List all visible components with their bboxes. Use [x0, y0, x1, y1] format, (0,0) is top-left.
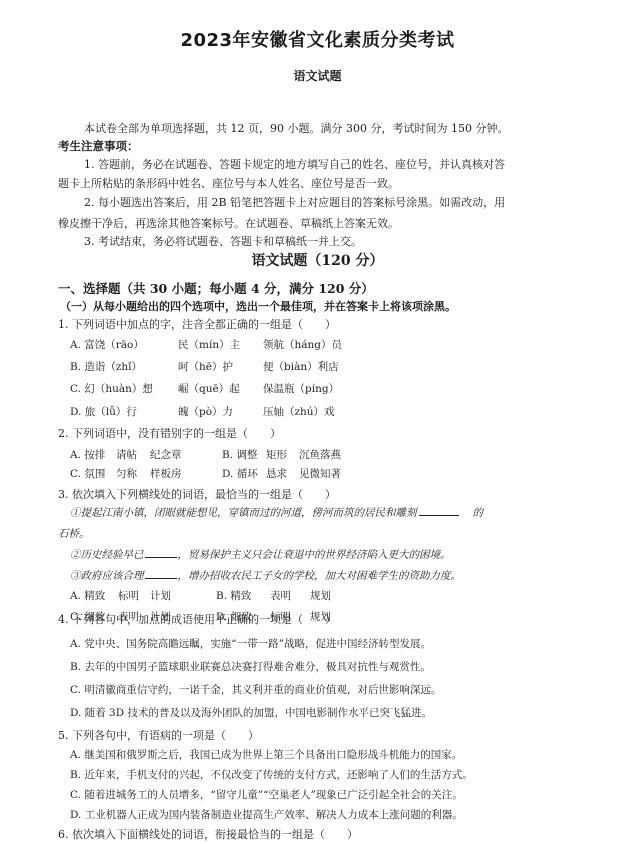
option-cell: 恳求 — [266, 466, 299, 481]
option-cell: 便（biàn）利店 — [263, 359, 339, 374]
option-cell: D. 循环 — [222, 466, 266, 481]
notice-3-line-1: 3. 考试结束，务必将试题卷、答题卡和草稿纸一并上交。 — [84, 235, 362, 249]
sentence-text: ，贸易保护主义只会让衰退中的世界经济陷入更大的困境。 — [178, 549, 451, 561]
option-cell: C. 幻（huàn）想 — [70, 381, 178, 396]
question-2-options-row-2: C. 氛围匀称样板房D. 循环恳求见微知著 — [70, 466, 341, 481]
question-1-option-b: B. 造诣（zhǐ）呵（hē）护便（biàn）利店 — [70, 359, 339, 374]
question-4-option-b: B. 去年的中国男子篮球职业联赛总决赛打得难舍难分，极具对抗性与观赏性。 — [70, 659, 431, 674]
fill-blank — [145, 568, 177, 579]
fill-blank — [419, 505, 459, 516]
section-title: 语文试题（120 分） — [0, 250, 635, 270]
question-3-sentence-1: ①提起江南小镇，闭眼就能想见，穿镇而过的河道，傍河而筑的居民和雕刻的 — [70, 505, 483, 520]
question-4-stem: 4. 下列各句中，加点的成语使用不正确的一项是（ ） — [58, 611, 336, 627]
question-3-options-row-1: A. 精致标明计划B. 精致表明规划 — [70, 588, 331, 603]
exam-subtitle: 语文试题 — [0, 67, 635, 84]
question-6-stem: 6. 依次填入下面横线处的词语，衔接最恰当的一组是（ ） — [58, 826, 358, 842]
notice-heading: 考生注意事项： — [58, 138, 139, 154]
question-1-option-c: C. 幻（huàn）想崛（quē）起保温瓶（píng） — [70, 381, 339, 396]
option-cell: 计划 — [150, 588, 216, 603]
question-3-sentence-1-cont: 石桥。 — [58, 526, 90, 541]
option-cell: A. 按排 — [70, 447, 116, 462]
question-1-stem: 1. 下列词语中加点的字，注音全都正确的一组是（ ） — [58, 316, 336, 332]
notice-1-line-1: 1. 答题前，务必在试题卷、答题卡规定的地方填写自己的姓名、座位号，并认真核对答 — [84, 158, 505, 172]
option-cell: 矩形 — [266, 447, 299, 462]
sub-part-instruction: （一）从每小题给出的四个选项中，选出一个最佳项，并在答案卡上将该项涂黑。 — [60, 298, 456, 314]
option-cell: 匀称 — [116, 466, 150, 481]
question-5-option-d: D. 工业机器人正成为国内装备制造业提高生产效率、解决人力成本上涨问题的利器。 — [70, 807, 463, 822]
option-cell: B. 精致 — [216, 588, 270, 603]
exam-title: 2023年安徽省文化素质分类考试 — [0, 26, 635, 52]
option-cell: 表明 — [270, 588, 310, 603]
part-title: 一、选择题（共 30 小题；每小题 4 分，满分 120 分） — [58, 279, 374, 297]
option-cell: 民（mín）主 — [178, 337, 263, 352]
sentence-text: ，增办招收农民工子女的学校，加大对困难学生的资助力度。 — [178, 570, 462, 582]
question-2-stem: 2. 下列词语中，没有错别字的一组是（ ） — [58, 425, 281, 441]
option-cell: 呵（hē）护 — [178, 359, 263, 374]
exam-page: 2023年安徽省文化素质分类考试 语文试题 本试卷全部为单项选择题，共 12 页… — [0, 0, 635, 844]
notice-2-line-1: 2. 每小题选出答案后，用 2B 铅笔把答题卡上对应题目的答案标号涂黑。如需改动… — [84, 196, 505, 210]
option-cell: 规划 — [310, 588, 331, 603]
option-cell: 请帖 — [116, 447, 150, 462]
question-3-stem: 3. 依次填入下列横线处的词语，最恰当的一组是（ ） — [58, 486, 336, 502]
option-cell: A. 富饶（rāo） — [70, 337, 178, 352]
option-cell: 见微知著 — [299, 466, 341, 481]
sentence-text: ①提起江南小镇，闭眼就能想见，穿镇而过的河道，傍河而筑的居民和雕刻 — [70, 507, 417, 519]
question-5-stem: 5. 下列各句中，有语病的一项是（ ） — [58, 727, 259, 743]
question-4-option-c: C. 明清徽商重信守约，一诺千金，其义利并重的商业价值观，对后世影响深远。 — [70, 682, 441, 697]
option-cell: B. 造诣（zhǐ） — [70, 359, 178, 374]
question-5-option-b: B. 近年来，手机支付的兴起，不仅改变了传统的支付方式，还影响了人们的生活方式。 — [70, 767, 473, 782]
sentence-text: 的 — [473, 507, 484, 519]
question-4-option-a: A. 党中央、国务院高瞻远瞩，实施“一带一路”战略，促进中国经济转型发展。 — [70, 636, 431, 651]
option-cell: 沉鱼落燕 — [299, 447, 341, 462]
option-cell: D. 旅（lǚ）行 — [70, 404, 178, 419]
option-cell: C. 氛围 — [70, 466, 116, 481]
option-cell: 保温瓶（píng） — [263, 381, 339, 396]
question-1-option-a: A. 富饶（rāo）民（mín）主领航（háng）员 — [70, 337, 342, 352]
question-5-option-a: A. 继美国和俄罗斯之后，我国已成为世界上第三个具备出口隐形战斗机能力的国家。 — [70, 747, 462, 762]
question-1-option-d: D. 旅（lǚ）行魄（pò）力压轴（zhú）戏 — [70, 404, 335, 419]
option-cell: 标明 — [118, 588, 150, 603]
question-4-option-d: D. 随着 3D 技术的普及以及海外团队的加盟，中国电影制作水平已突飞猛进。 — [70, 705, 432, 720]
question-2-options-row-1: A. 按排请帖纪念章B. 调整矩形沉鱼落燕 — [70, 447, 341, 462]
question-3-sentence-2: ②历史经验早已，贸易保护主义只会让衰退中的世界经济陷入更大的困境。 — [70, 547, 451, 562]
option-cell: 领航（háng）员 — [263, 337, 342, 352]
option-cell: 魄（pò）力 — [178, 404, 263, 419]
option-cell: A. 精致 — [70, 588, 118, 603]
question-3-sentence-3: ③政府应该合理，增办招收农民工子女的学校，加大对困难学生的资助力度。 — [70, 568, 461, 583]
option-cell: 压轴（zhú）戏 — [263, 404, 335, 419]
notice-2-line-2: 橡皮擦干净后，再选涂其他答案标号。在试题卷、草稿纸上答案无效。 — [58, 217, 399, 231]
sentence-text: ②历史经验早已 — [70, 549, 144, 561]
option-cell: 纪念章 — [150, 447, 222, 462]
option-cell: 崛（quē）起 — [178, 381, 263, 396]
question-5-option-c: C. 随着进城务工的人员增多，“留守儿童”“空巢老人”现象已广泛引起全社会的关注… — [70, 787, 463, 802]
intro-text: 本试卷全部为单项选择题，共 12 页，90 小题。满分 300 分，考试时间为 … — [84, 122, 508, 136]
notice-1-line-2: 题卡上所粘贴的条形码中姓名、座位号与本人姓名、座位号是否一致。 — [58, 177, 399, 191]
option-cell: B. 调整 — [222, 447, 266, 462]
fill-blank — [145, 547, 177, 558]
sentence-text: ③政府应该合理 — [70, 570, 144, 582]
option-cell: 样板房 — [150, 466, 222, 481]
